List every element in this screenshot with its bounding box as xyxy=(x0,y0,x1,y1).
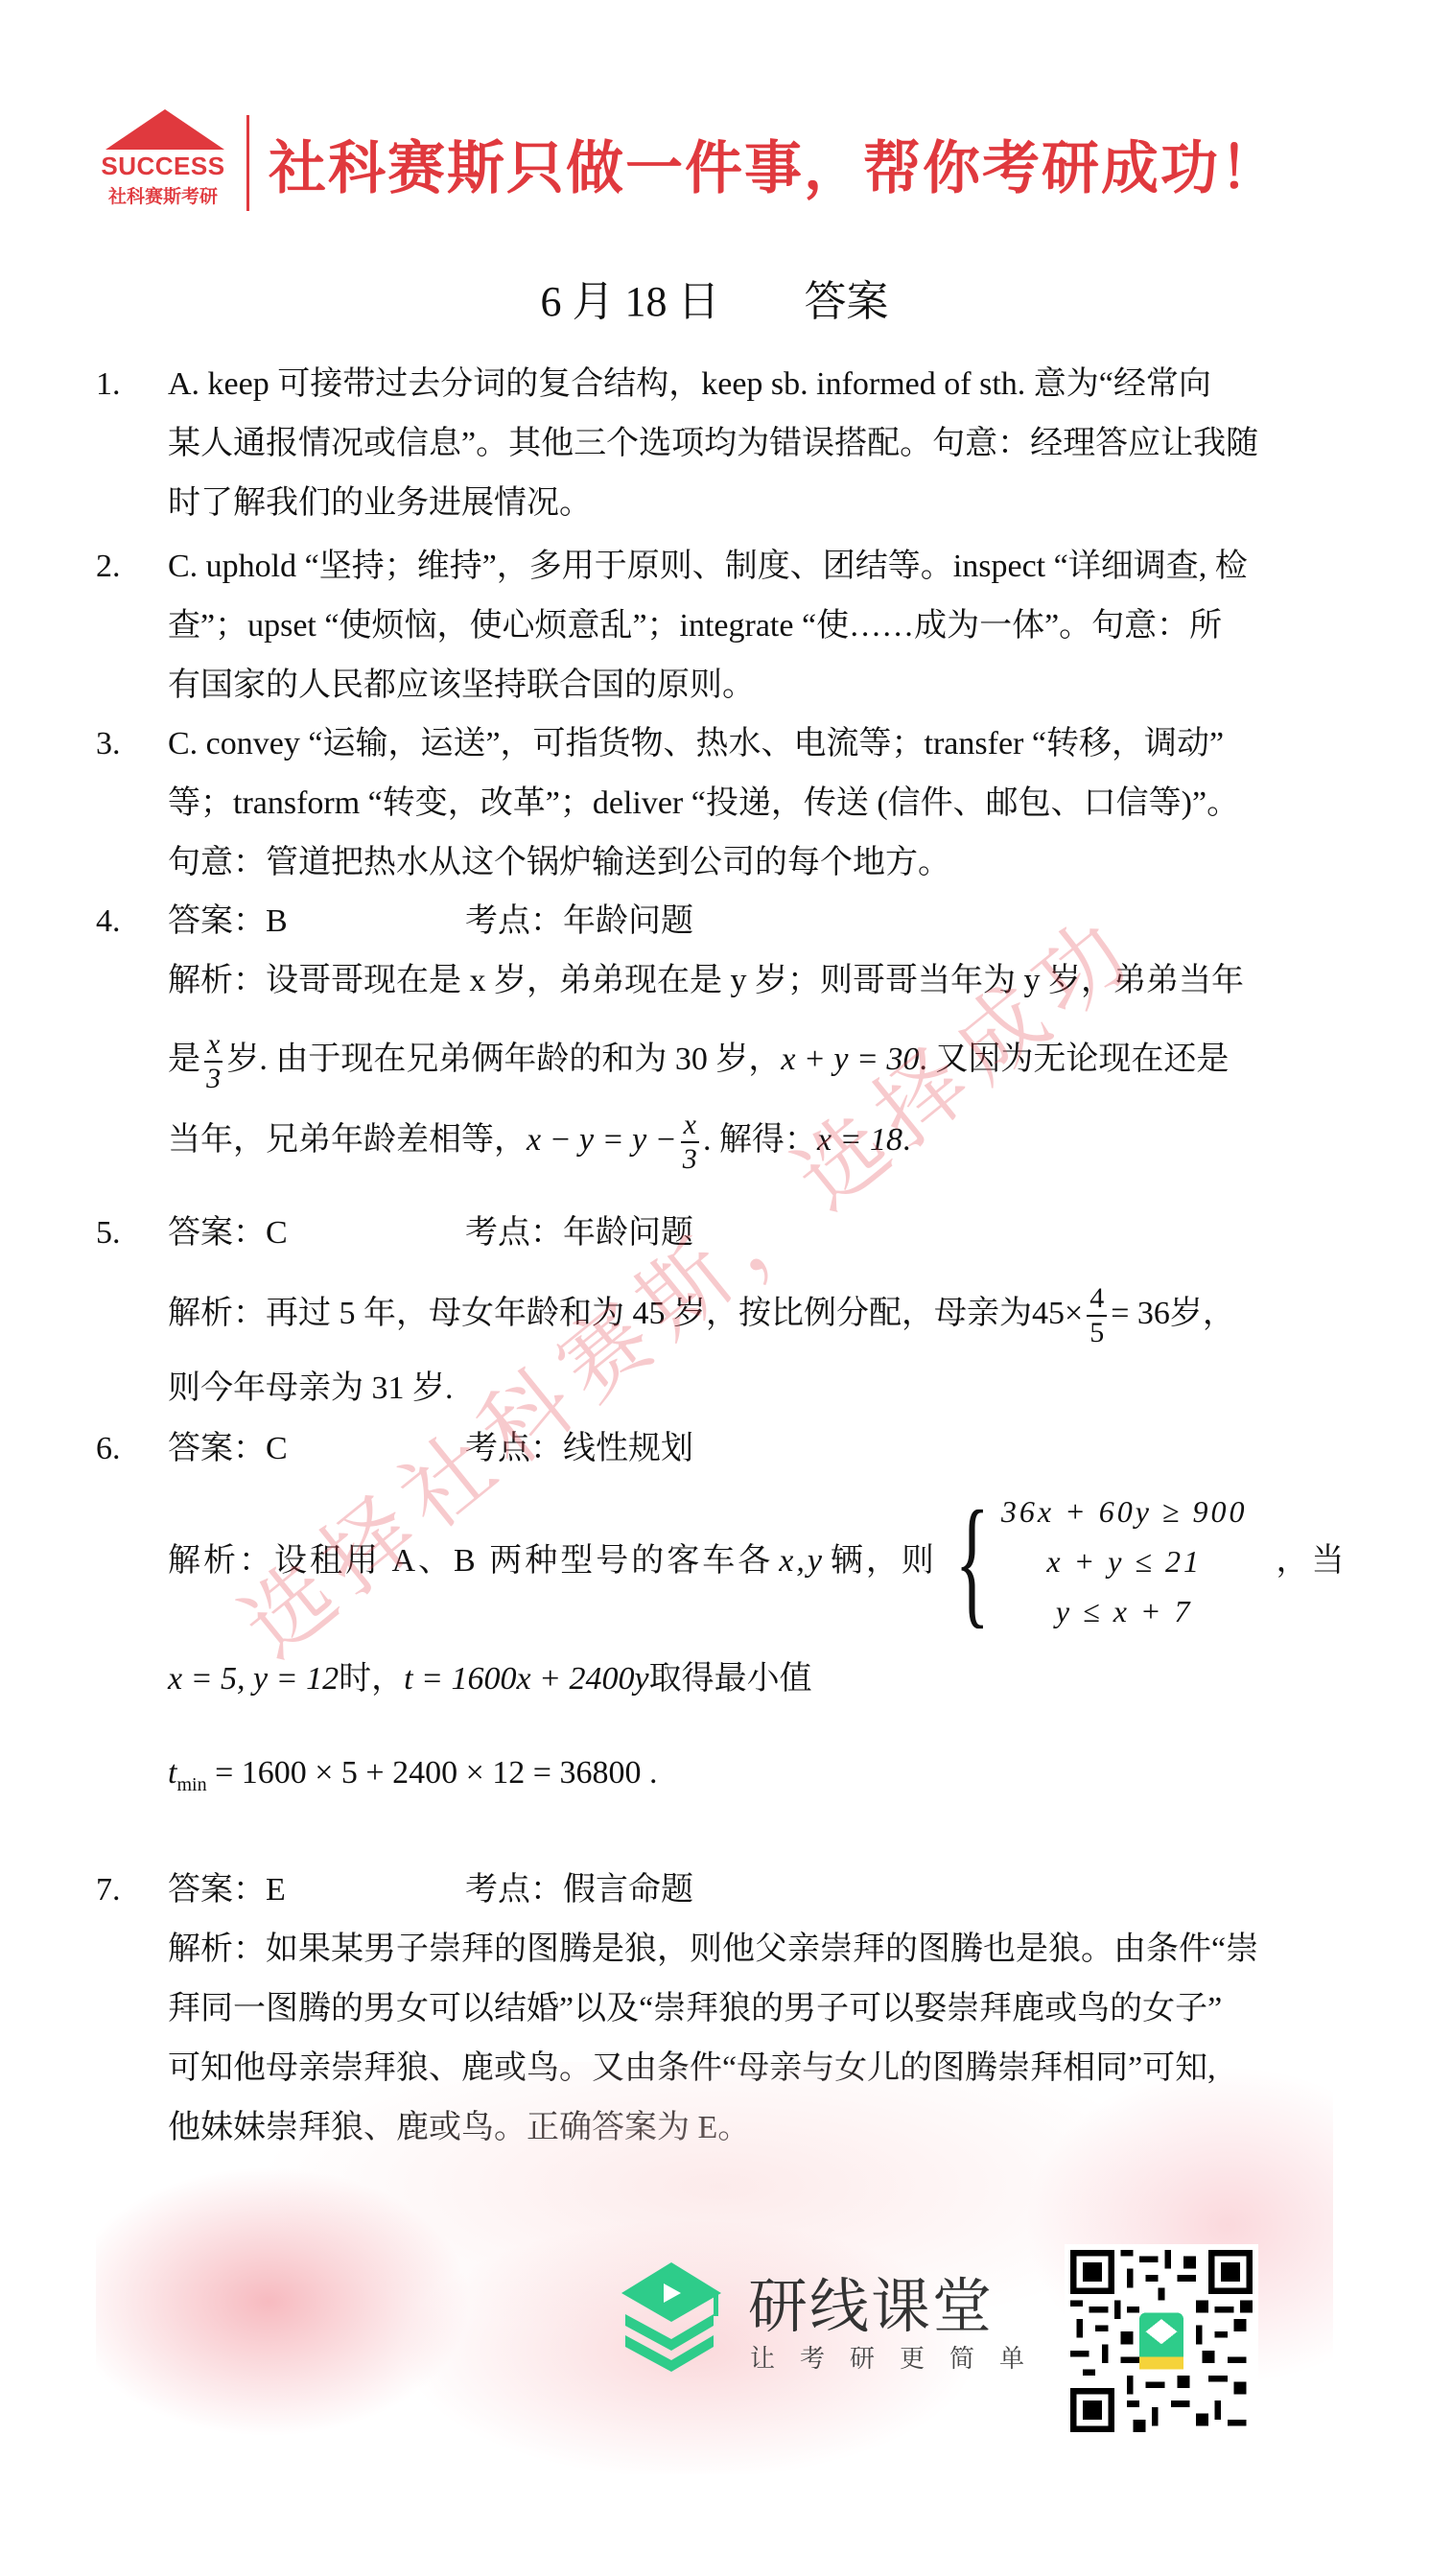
equation: x − y = y − xyxy=(527,1122,677,1158)
question-4: 4. 答案：B 考点：年龄问题 解析：设哥哥现在是 x 岁，弟弟现在是 y 岁；… xyxy=(96,892,1333,1176)
logo-text-en: SUCCESS xyxy=(96,152,230,181)
success-logo: SUCCESS 社科赛斯考研 xyxy=(96,105,230,211)
topic-label: 考点：年龄问题 xyxy=(465,1204,693,1263)
inequality: y ≤ x + 7 xyxy=(1056,1586,1193,1636)
text-line: 时了解我们的业务进展情况。 xyxy=(168,474,1333,533)
question-number: 7. xyxy=(96,1861,163,1920)
header-divider xyxy=(246,115,249,211)
answer-label: 答案：E xyxy=(168,1861,465,1920)
equation: x + y = 30 xyxy=(781,1042,919,1077)
text-fragment: . 又因为无论现在还是 xyxy=(919,1042,1229,1077)
text-line: 解析：如果某男子崇拜的图腾是狼，则他父亲崇拜的图腾也是狼。由条件“崇 xyxy=(168,1920,1333,1979)
text-fragment: 取得最小值 xyxy=(649,1661,812,1697)
question-number: 2. xyxy=(96,537,163,597)
answer-label: 答案：C xyxy=(168,1204,465,1263)
answer-label: 答案：B xyxy=(168,892,465,951)
topic-label: 考点：年龄问题 xyxy=(465,892,693,951)
numerator: x xyxy=(204,1028,223,1063)
text-fragment: . xyxy=(902,1122,911,1158)
text-line: 有国家的人民都应该坚持联合国的原则。 xyxy=(168,656,1333,715)
inequality-system: { 36x + 60y ≥ 900 x + y ≤ 21 y ≤ x + 7 xyxy=(937,1487,1248,1636)
question-number: 5. xyxy=(96,1204,163,1263)
denominator: 5 xyxy=(1089,1317,1104,1349)
fraction: 45 xyxy=(1087,1282,1107,1349)
numerator: x xyxy=(681,1109,699,1143)
roof-icon xyxy=(105,109,224,150)
text-line: 某人通报情况或信息”。其他三个选项均为错误搭配。句意：经理答应让我随 xyxy=(168,414,1333,474)
equation: t = 1600x + 2400y xyxy=(404,1661,649,1697)
yanxian-brand: 研线课堂 让考研更简单 xyxy=(614,2259,1007,2374)
equation: 45× xyxy=(1032,1296,1083,1331)
text-fragment: 解析：设租用 A、B 两种型号的客车各 xyxy=(168,1532,773,1591)
text-line: 等；transform “转变，改革”；deliver “投递，传送 (信件、邮… xyxy=(168,774,1333,833)
fraction: x3 xyxy=(204,1028,223,1095)
text-fragment: 岁， xyxy=(1170,1296,1235,1331)
numerator: 4 xyxy=(1087,1282,1107,1317)
text-line: 句意：管道把热水从这个锅炉输送到公司的每个地方。 xyxy=(168,833,1333,893)
qr-code[interactable] xyxy=(1065,2244,1258,2438)
question-1: 1. A. keep 可接带过去分词的复合结构，keep sb. informe… xyxy=(96,355,1333,533)
text-line: 查”；upset “使烦恼，使心烦意乱”；integrate “使……成为一体”… xyxy=(168,597,1333,656)
variables: x,y xyxy=(779,1532,825,1591)
text-fragment: 当年，兄弟年龄差相等， xyxy=(168,1122,527,1158)
text-line: A. keep 可接带过去分词的复合结构，keep sb. informed o… xyxy=(168,355,1333,414)
text-fragment: 辆，则 xyxy=(831,1532,937,1591)
brace-icon: { xyxy=(955,1489,992,1633)
book-stack-play-icon xyxy=(614,2259,729,2374)
equation: x = 18 xyxy=(817,1122,902,1158)
answer-label: 答案：C xyxy=(168,1419,465,1479)
qr-code-icon xyxy=(1070,2250,1253,2432)
question-number: 4. xyxy=(96,892,163,951)
question-number: 1. xyxy=(96,355,163,414)
question-5: 5. 答案：C 考点：年龄问题 解析：再过 5 年，母女年龄和为 45 岁，按比… xyxy=(96,1204,1333,1418)
inequality: 36x + 60y ≥ 900 xyxy=(1001,1487,1248,1536)
topic-label: 考点：假言命题 xyxy=(465,1861,693,1920)
text-fragment: 解析：再过 5 年，母女年龄和为 45 岁，按比例分配，母亲为 xyxy=(168,1296,1032,1331)
page-header: SUCCESS 社科赛斯考研 社科赛斯只做一件事，帮你考研成功！ xyxy=(96,105,1343,211)
question-number: 6. xyxy=(96,1419,163,1479)
question-2: 2. C. uphold “坚持；维持”，多用于原则、制度、团结等。inspec… xyxy=(96,537,1333,715)
equation: x = 5, y = 12 xyxy=(168,1661,339,1697)
text-fragment: 岁. 由于现在兄弟俩年龄的和为 30 岁， xyxy=(226,1042,781,1077)
fraction: x3 xyxy=(681,1109,699,1176)
text-fragment: ，当 xyxy=(1276,1532,1347,1591)
text-line: 则今年母亲为 31 岁. xyxy=(168,1359,1333,1418)
page-title: 6 月 18 日 答案 xyxy=(0,267,1429,328)
inequality: x + y ≤ 21 xyxy=(1046,1536,1202,1586)
brand-name: 研线课堂 xyxy=(748,2259,994,2344)
question-number: 3. xyxy=(96,714,163,774)
text-fragment: 是 xyxy=(168,1042,200,1077)
text-line: 解析：设哥哥现在是 x 岁，弟弟现在是 y 岁；则哥哥当年为 y 岁，弟弟当年 xyxy=(168,951,1333,1011)
equation: = 1600 × 5 + 2400 × 12 = 36800 . xyxy=(207,1755,658,1791)
denominator: 3 xyxy=(206,1063,221,1095)
slogan: 社科赛斯只做一件事，帮你考研成功！ xyxy=(269,123,1279,205)
logo-text-cn: 社科赛斯考研 xyxy=(96,182,230,208)
denominator: 3 xyxy=(683,1143,697,1176)
text-line: 拜同一图腾的男女可以结婚”以及“崇拜狼的男子可以娶崇拜鹿或鸟的女子” xyxy=(168,1979,1333,2039)
text-fragment: . 解得： xyxy=(703,1122,817,1158)
question-3: 3. C. convey “运输，运送”，可指货物、热水、电流等；transfe… xyxy=(96,714,1333,893)
question-6: 6. 答案：C 考点：线性规划 解析：设租用 A、B 两种型号的客车各 x,y … xyxy=(96,1419,1333,1815)
topic-label: 考点：线性规划 xyxy=(465,1419,693,1479)
equation: = 36 xyxy=(1111,1296,1170,1331)
text-line: C. convey “运输，运送”，可指货物、热水、电流等；transfer “… xyxy=(168,714,1333,774)
text-line: C. uphold “坚持；维持”，多用于原则、制度、团结等。inspect “… xyxy=(168,537,1333,597)
brand-tagline: 让考研更简单 xyxy=(750,2339,1049,2375)
subscript: min xyxy=(176,1774,206,1795)
text-fragment: 时， xyxy=(339,1661,404,1697)
